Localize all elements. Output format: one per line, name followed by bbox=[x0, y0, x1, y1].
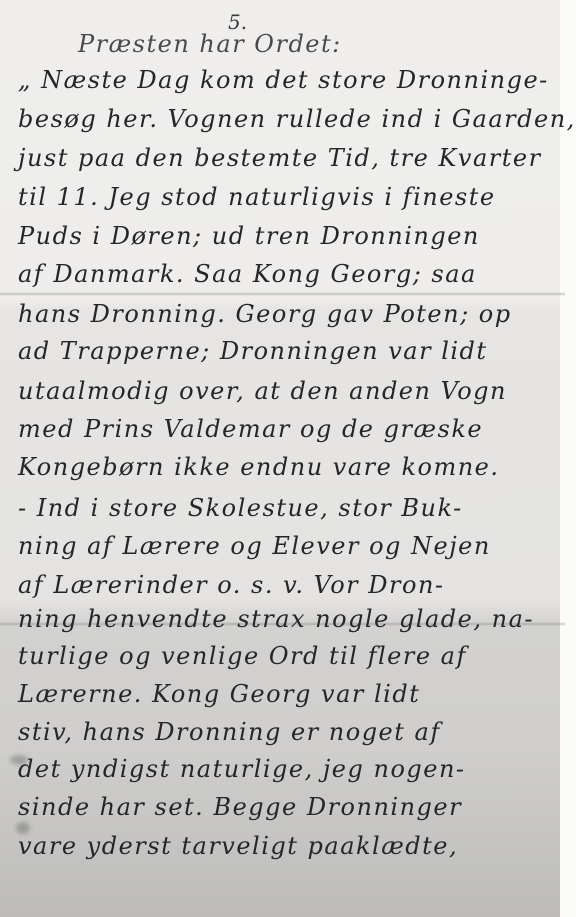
text-line: af Lærerinder o. s. v. Vor Dron- bbox=[18, 571, 445, 599]
paper-fold-crease bbox=[0, 292, 565, 296]
handwritten-letter-page: 5. Præsten har Ordet: „ Næste Dag kom de… bbox=[0, 0, 576, 917]
text-line: - Ind i store Skolestue, stor Buk- bbox=[18, 494, 463, 522]
text-line: af Danmark. Saa Kong Georg; saa bbox=[18, 260, 477, 288]
text-line: hans Dronning. Georg gav Poten; op bbox=[18, 300, 512, 328]
text-line: Puds i Døren; ud tren Dronningen bbox=[18, 222, 480, 250]
text-line: utaalmodig over, at den anden Vogn bbox=[18, 377, 507, 405]
text-line: just paa den bestemte Tid, tre Kvarter bbox=[18, 144, 542, 172]
text-line: vare yderst tarveligt paaklædte, bbox=[18, 832, 458, 860]
page-edge bbox=[560, 0, 576, 917]
text-line: med Prins Valdemar og de græske bbox=[18, 415, 483, 443]
letter-heading: Præsten har Ordet: bbox=[78, 30, 342, 58]
text-line: Kongebørn ikke endnu vare komne. bbox=[18, 453, 500, 481]
text-line: sinde har set. Begge Dronninger bbox=[18, 793, 462, 821]
text-line: det yndigst naturlige, jeg nogen- bbox=[18, 755, 466, 783]
text-line: besøg her. Vognen rullede ind i Gaarden, bbox=[18, 105, 576, 133]
text-line: ad Trapperne; Dronningen var lidt bbox=[18, 337, 488, 365]
text-line: Lærerne. Kong Georg var lidt bbox=[18, 680, 420, 708]
text-line: ning henvendte strax nogle glade, na- bbox=[18, 605, 534, 633]
text-line: turlige og venlige Ord til flere af bbox=[18, 642, 467, 670]
text-line: til 11. Jeg stod naturligvis i fineste bbox=[18, 183, 496, 211]
text-line: „ Næste Dag kom det store Dronninge- bbox=[18, 66, 549, 94]
text-line: ning af Lærere og Elever og Nejen bbox=[18, 532, 491, 560]
text-line: stiv, hans Dronning er noget af bbox=[18, 718, 441, 746]
